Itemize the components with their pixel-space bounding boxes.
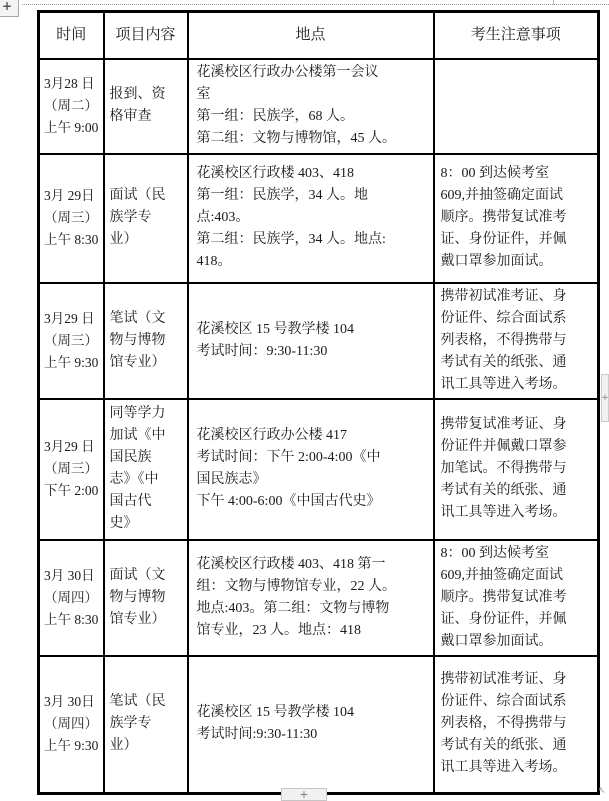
- cell-location[interactable]: 花溪校区行政办公楼 417 考试时间：下午 2:00-4:00《中 国民族志》 …: [188, 399, 434, 540]
- bottom-plus-handle[interactable]: +: [281, 788, 327, 801]
- cell-item[interactable]: 笔试（文 物与博物 馆专业）: [104, 283, 188, 399]
- cell-item[interactable]: 同等学力 加试《中 国民族 志》《中 国古代 史》: [104, 399, 188, 540]
- cell-notes[interactable]: 携带初试准考证、身 份证件、综合面试系 列表格，不得携带与 考试有关的纸张、通 …: [434, 656, 599, 794]
- cell-location[interactable]: 花溪校区行政楼 403、418 第一组：民族学，34 人。地 点:403。 第二…: [188, 154, 434, 283]
- cell-time[interactable]: 3月29 日 （周三） 上午 9:30: [39, 283, 104, 399]
- cell-notes[interactable]: 携带复试准考证、身 份证件并佩戴口罩参 加笔试。不得携带与 考试有关的纸张、通 …: [434, 399, 599, 540]
- cell-item[interactable]: 笔试（民 族学专 业）: [104, 656, 188, 794]
- cell-location[interactable]: 花溪校区行政楼 403、418 第一 组：文物与博物馆专业，22 人。 地点:4…: [188, 540, 434, 656]
- document-page: + 时间 项目内容 地点 考生注意事项 3月28 日 （周二） 上午 9:00 …: [0, 0, 609, 801]
- exam-schedule-table: 时间 项目内容 地点 考生注意事项 3月28 日 （周二） 上午 9:00 报到…: [37, 10, 600, 795]
- column-header-time[interactable]: 时间: [39, 12, 104, 59]
- table-row: 3月28 日 （周二） 上午 9:00 报到、资 格审查 花溪校区行政办公楼第一…: [39, 59, 599, 154]
- table-row: 3月 29日 （周三） 上午 8:30 面试（民 族学专 业） 花溪校区行政楼 …: [39, 154, 599, 283]
- cell-notes[interactable]: [434, 59, 599, 154]
- right-edge-plus-handle[interactable]: +: [601, 374, 609, 422]
- header-row: 时间 项目内容 地点 考生注意事项: [39, 12, 599, 59]
- cell-item[interactable]: 报到、资 格审查: [104, 59, 188, 154]
- cell-time[interactable]: 3月 30日 （周四） 上午 9:30: [39, 656, 104, 794]
- cell-time[interactable]: 3月28 日 （周二） 上午 9:00: [39, 59, 104, 154]
- cell-notes[interactable]: 8：00 到达候考室 609,并抽签确定面试 顺序。携带复试准考 证、身份证件，…: [434, 154, 599, 283]
- cell-location[interactable]: 花溪校区行政办公楼第一会议 室 第一组：民族学，68 人。 第二组：文物与博物馆…: [188, 59, 434, 154]
- cell-location[interactable]: 花溪校区 15 号教学楼 104 考试时间:9:30-11:30: [188, 656, 434, 794]
- table-resize-handle-icon[interactable]: ↖: [598, 786, 606, 796]
- cell-location[interactable]: 花溪校区 15 号教学楼 104 考试时间：9:30-11:30: [188, 283, 434, 399]
- table-row: 3月29 日 （周三） 下午 2:00 同等学力 加试《中 国民族 志》《中 国…: [39, 399, 599, 540]
- column-header-notes[interactable]: 考生注意事项: [434, 12, 599, 59]
- table-row: 3月 30日 （周四） 上午 9:30 笔试（民 族学专 业） 花溪校区 15 …: [39, 656, 599, 794]
- cell-time[interactable]: 3月 29日 （周三） 上午 8:30: [39, 154, 104, 283]
- plus-icon: +: [601, 393, 609, 403]
- cell-time[interactable]: 3月29 日 （周三） 下午 2:00: [39, 399, 104, 540]
- column-header-location[interactable]: 地点: [188, 12, 434, 59]
- text-boundary-dotted-line: [22, 4, 609, 5]
- table-move-handle[interactable]: +: [0, 0, 19, 17]
- cell-notes[interactable]: 8：00 到达候考室 609,并抽签确定面试 顺序。携带复试准考 证、身份证件，…: [434, 540, 599, 656]
- cell-item[interactable]: 面试（民 族学专 业）: [104, 154, 188, 283]
- cell-item[interactable]: 面试（文 物与博物 馆专业）: [104, 540, 188, 656]
- table-row: 3月29 日 （周三） 上午 9:30 笔试（文 物与博物 馆专业） 花溪校区 …: [39, 283, 599, 399]
- cell-notes[interactable]: 携带初试准考证、身 份证件、综合面试系 列表格，不得携带与 考试有关的纸张、通 …: [434, 283, 599, 399]
- table-row: 3月 30日 （周四） 上午 8:30 面试（文 物与博物 馆专业） 花溪校区行…: [39, 540, 599, 656]
- cell-time[interactable]: 3月 30日 （周四） 上午 8:30: [39, 540, 104, 656]
- move-cross-icon: +: [2, 0, 12, 13]
- plus-icon: +: [299, 789, 308, 800]
- column-header-item[interactable]: 项目内容: [104, 12, 188, 59]
- margin-tick-line: [553, 0, 554, 5]
